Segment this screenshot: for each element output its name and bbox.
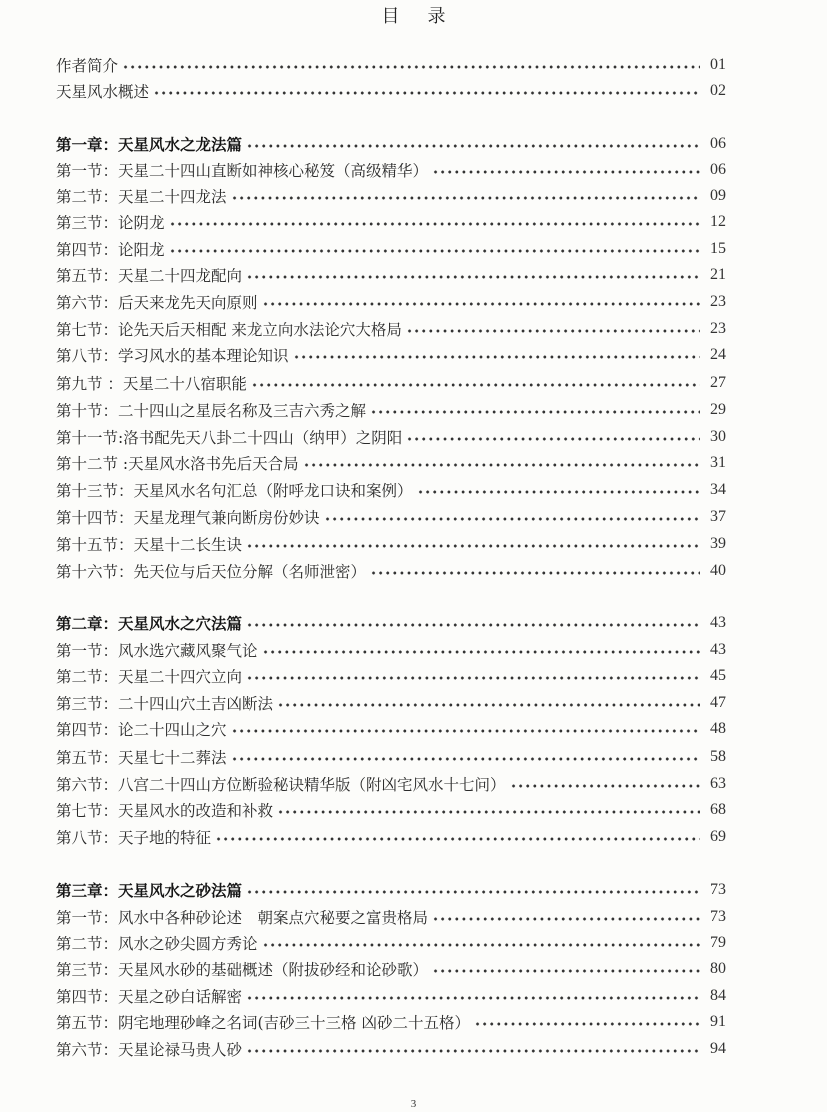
entry-page-number: 21: [700, 266, 726, 284]
entry-title: 第二节：天星二十四穴立向: [56, 665, 246, 687]
entry-title: 第七节：论先天后天相配 来龙立向水法论穴大格局: [56, 318, 406, 340]
entry-title: 第四节：论阳龙: [56, 238, 169, 260]
entry-page-number: 40: [700, 562, 726, 580]
toc-chapter-entry: 第三章：天星风水之砂法篇73: [56, 878, 726, 902]
toc-section-entry: 第九节 ：天星二十八宿职能27: [56, 371, 726, 395]
entry-page-number: 45: [700, 667, 726, 685]
entry-title: 第二节：天星二十四龙法: [56, 185, 231, 207]
toc-section-entry: 第七节：天星风水的改造和补救68: [56, 798, 726, 822]
toc-section-entry: 第五节：阴宅地理砂峰之名词(吉砂三十三格 凶砂二十五格）91: [56, 1010, 726, 1034]
entry-title: 第五节：天星七十二葬法: [56, 746, 231, 768]
entry-title: 第三节：二十四山穴土吉凶断法: [56, 692, 277, 714]
entry-title: 第十六节：先天位与后天位分解（名师泄密）: [56, 560, 370, 582]
dot-leader: [432, 917, 700, 921]
dot-leader: [277, 810, 700, 814]
entry-page-number: 69: [700, 828, 726, 846]
entry-page-number: 30: [700, 428, 726, 446]
entry-title: 作者简介: [56, 54, 122, 76]
toc-section-entry: 第十二节 :天星风水洛书先后天合局31: [56, 451, 726, 475]
entry-title: 第六节：八宫二十四山方位断验秘诀精华版（附凶宅风水十七问）: [56, 773, 510, 795]
dot-leader: [432, 170, 700, 174]
page-title: 目录: [0, 2, 827, 28]
toc-section-entry: 第七节：论先天后天相配 来龙立向水法论穴大格局23: [56, 317, 726, 341]
dot-leader: [324, 517, 700, 521]
entry-title: 第八节：学习风水的基本理论知识: [56, 344, 293, 366]
entry-page-number: 73: [700, 881, 726, 899]
toc-section-entry: 第四节：天星之砂白话解密84: [56, 984, 726, 1008]
entry-page-number: 06: [700, 135, 726, 153]
entry-page-number: 01: [700, 56, 726, 74]
dot-leader: [251, 383, 700, 387]
toc-section-entry: 第六节：八宫二十四山方位断验秘诀精华版（附凶宅风水十七问）63: [56, 772, 726, 796]
entry-page-number: 27: [700, 374, 726, 392]
entry-title: 第十节：二十四山之星辰名称及三吉六秀之解: [56, 399, 370, 421]
entry-page-number: 15: [700, 240, 726, 258]
entry-title: 第九节 ：天星二十八宿职能: [56, 372, 251, 394]
dot-leader: [406, 437, 700, 441]
toc-section-entry: 第十节：二十四山之星辰名称及三吉六秀之解29: [56, 398, 726, 422]
entry-title: 第八节：天子地的特征: [56, 826, 215, 848]
dot-leader: [231, 196, 700, 200]
entry-title: 第三节：天星风水砂的基础概述（附拔砂经和论砂歌）: [56, 958, 432, 980]
toc-section-entry: 第十一节:洛书配先天八卦二十四山（纳甲）之阴阳30: [56, 425, 726, 449]
entry-title: 第一节：风水中各种砂论述 朝案点穴秘要之富贵格局: [56, 906, 432, 928]
toc-section-entry: 第十五节：天星十二长生诀39: [56, 532, 726, 556]
entry-page-number: 58: [700, 748, 726, 766]
entry-page-number: 68: [700, 801, 726, 819]
toc-section-entry: 第三节：二十四山穴土吉凶断法47: [56, 691, 726, 715]
entry-title: 第四节：天星之砂白话解密: [56, 985, 246, 1007]
entry-page-number: 06: [700, 161, 726, 179]
toc-section-entry: 第一节：风水选穴藏风聚气论43: [56, 638, 726, 662]
entry-title: 第一章：天星风水之龙法篇: [56, 133, 246, 155]
toc-section-entry: 第四节：论阳龙15: [56, 237, 726, 261]
dot-leader: [246, 890, 700, 894]
entry-title: 第四节：论二十四山之穴: [56, 718, 231, 740]
dot-leader: [417, 490, 700, 494]
entry-title: 第七节：天星风水的改造和补救: [56, 799, 277, 821]
dot-leader: [370, 571, 700, 575]
entry-page-number: 48: [700, 720, 726, 738]
entry-page-number: 34: [700, 481, 726, 499]
toc-chapter-entry: 第二章：天星风水之穴法篇43: [56, 611, 726, 635]
entry-title: 第二章：天星风水之穴法篇: [56, 612, 246, 634]
page-number: 3: [0, 1098, 827, 1110]
toc-section-entry: 第二节：天星二十四龙法09: [56, 184, 726, 208]
toc-section-entry: 第一节：天星二十四山直断如神核心秘笈（高级精华）06: [56, 158, 726, 182]
entry-title: 第十五节：天星十二长生诀: [56, 533, 246, 555]
toc-section-entry: 第十六节：先天位与后天位分解（名师泄密）40: [56, 559, 726, 583]
toc-section-entry: 第八节：天子地的特征69: [56, 825, 726, 849]
entry-page-number: 63: [700, 775, 726, 793]
entry-page-number: 84: [700, 987, 726, 1005]
entry-page-number: 91: [700, 1013, 726, 1031]
entry-title: 第三节：论阴龙: [56, 211, 169, 233]
entry-title: 第五节：天星二十四龙配向: [56, 264, 246, 286]
toc-section-entry: 第十三节：天星风水名句汇总（附呼龙口诀和案例）34: [56, 478, 726, 502]
dot-leader: [406, 329, 700, 333]
entry-title: 第三章：天星风水之砂法篇: [56, 879, 246, 901]
dot-leader: [262, 943, 700, 947]
entry-page-number: 29: [700, 401, 726, 419]
entry-page-number: 80: [700, 960, 726, 978]
toc-section-entry: 第十四节：天星龙理气兼向断房份妙诀37: [56, 505, 726, 529]
dot-leader: [246, 144, 700, 148]
dot-leader: [169, 249, 700, 253]
entry-page-number: 79: [700, 934, 726, 952]
entry-page-number: 94: [700, 1040, 726, 1058]
entry-page-number: 31: [700, 454, 726, 472]
dot-leader: [293, 355, 700, 359]
entry-title: 第一节：天星二十四山直断如神核心秘笈（高级精华）: [56, 159, 432, 181]
toc-front-entry: 作者简介01: [56, 53, 726, 77]
entry-page-number: 23: [700, 320, 726, 338]
entry-page-number: 24: [700, 346, 726, 364]
entry-page-number: 73: [700, 908, 726, 926]
toc-front-entry: 天星风水概述02: [56, 79, 726, 103]
dot-leader: [277, 703, 700, 707]
entry-page-number: 39: [700, 535, 726, 553]
entry-page-number: 43: [700, 641, 726, 659]
entry-page-number: 47: [700, 694, 726, 712]
dot-leader: [153, 91, 700, 95]
entry-title: 第二节：风水之砂尖圆方秀论: [56, 932, 262, 954]
dot-leader: [215, 837, 700, 841]
entry-page-number: 12: [700, 213, 726, 231]
dot-leader: [169, 222, 700, 226]
toc-section-entry: 第六节：天星论禄马贵人砂94: [56, 1037, 726, 1061]
entry-title: 第十四节：天星龙理气兼向断房份妙诀: [56, 506, 324, 528]
dot-leader: [246, 544, 700, 548]
entry-page-number: 09: [700, 187, 726, 205]
dot-leader: [231, 757, 700, 761]
toc-section-entry: 第三节：天星风水砂的基础概述（附拔砂经和论砂歌）80: [56, 957, 726, 981]
dot-leader: [262, 302, 700, 306]
dot-leader: [246, 996, 700, 1000]
toc-section-entry: 第五节：天星七十二葬法58: [56, 745, 726, 769]
dot-leader: [370, 410, 700, 414]
dot-leader: [262, 650, 700, 654]
toc-chapter-entry: 第一章：天星风水之龙法篇06: [56, 132, 726, 156]
entry-title: 第五节：阴宅地理砂峰之名词(吉砂三十三格 凶砂二十五格）: [56, 1011, 474, 1033]
entry-title: 第十一节:洛书配先天八卦二十四山（纳甲）之阴阳: [56, 426, 406, 448]
toc-section-entry: 第六节：后天来龙先天向原则23: [56, 290, 726, 314]
dot-leader: [510, 784, 700, 788]
toc-section-entry: 第八节：学习风水的基本理论知识24: [56, 343, 726, 367]
entry-page-number: 37: [700, 508, 726, 526]
entry-title: 第六节：后天来龙先天向原则: [56, 291, 262, 313]
entry-title: 天星风水概述: [56, 80, 153, 102]
dot-leader: [122, 65, 700, 69]
toc-section-entry: 第二节：风水之砂尖圆方秀论79: [56, 931, 726, 955]
toc-section-entry: 第四节：论二十四山之穴48: [56, 717, 726, 741]
entry-page-number: 23: [700, 293, 726, 311]
toc-section-entry: 第二节：天星二十四穴立向45: [56, 664, 726, 688]
dot-leader: [246, 275, 700, 279]
entry-page-number: 02: [700, 82, 726, 100]
dot-leader: [246, 676, 700, 680]
entry-title: 第十二节 :天星风水洛书先后天合局: [56, 452, 303, 474]
entry-title: 第一节：风水选穴藏风聚气论: [56, 639, 262, 661]
dot-leader: [246, 1049, 700, 1053]
dot-leader: [246, 623, 700, 627]
dot-leader: [474, 1022, 700, 1026]
dot-leader: [231, 729, 700, 733]
toc-section-entry: 第五节：天星二十四龙配向21: [56, 263, 726, 287]
toc-section-entry: 第一节：风水中各种砂论述 朝案点穴秘要之富贵格局73: [56, 905, 726, 929]
entry-title: 第六节：天星论禄马贵人砂: [56, 1038, 246, 1060]
entry-title: 第十三节：天星风水名句汇总（附呼龙口诀和案例）: [56, 479, 417, 501]
entry-page-number: 43: [700, 614, 726, 632]
dot-leader: [303, 463, 700, 467]
dot-leader: [432, 969, 700, 973]
toc-section-entry: 第三节：论阴龙12: [56, 210, 726, 234]
